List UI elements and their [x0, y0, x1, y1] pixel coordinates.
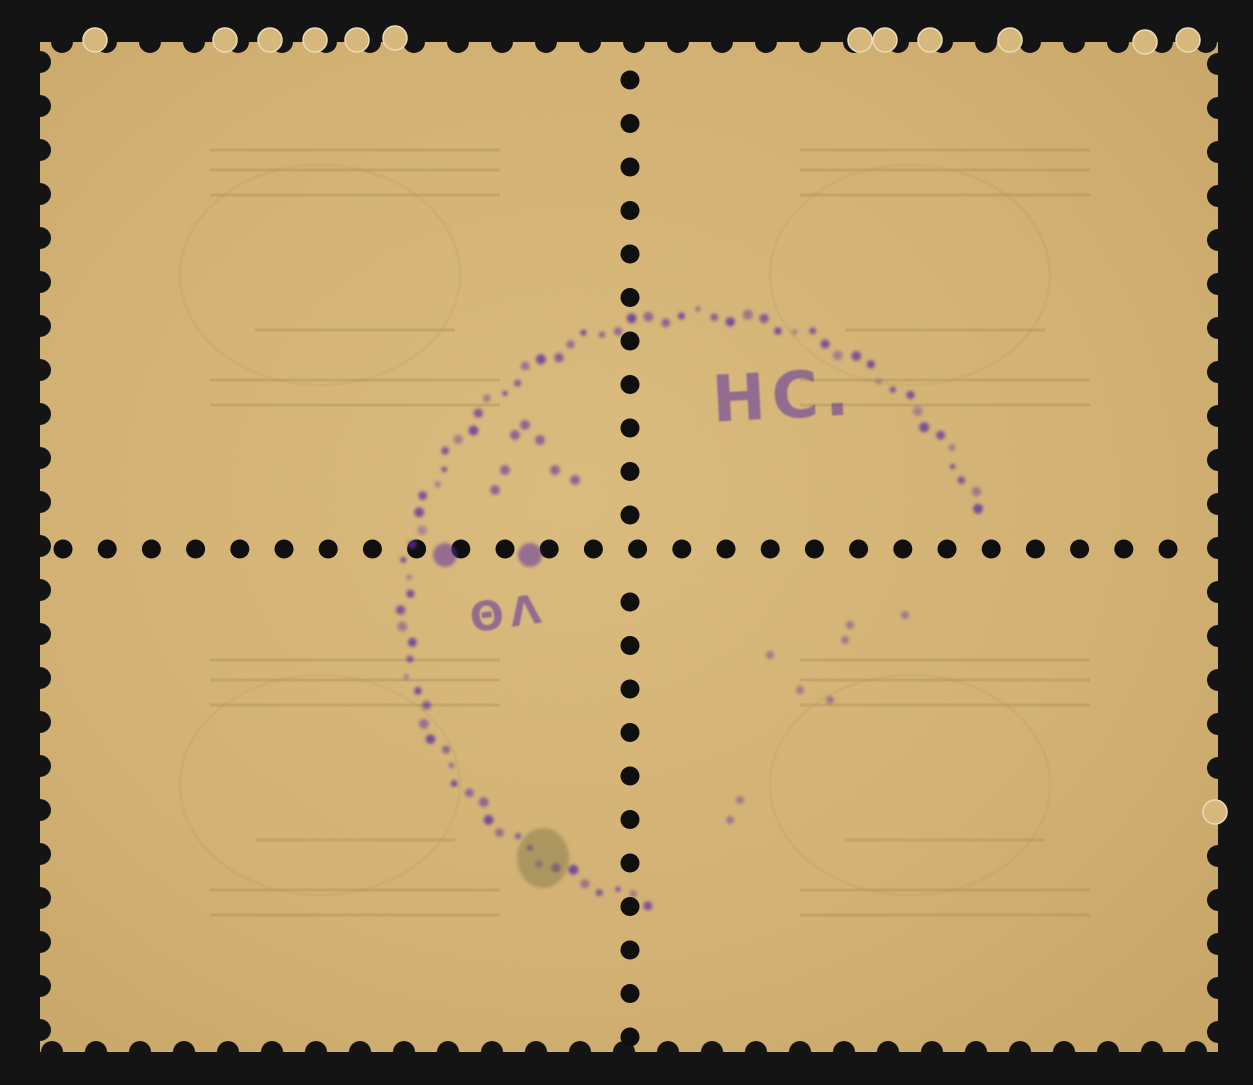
stamp-photo: НС. ΘΛ	[0, 0, 1253, 1085]
postmark-text-top: НС.	[710, 356, 857, 437]
stamp-block-illustration	[0, 0, 1253, 1085]
postmark-text-left: ΘΛ	[467, 587, 524, 645]
